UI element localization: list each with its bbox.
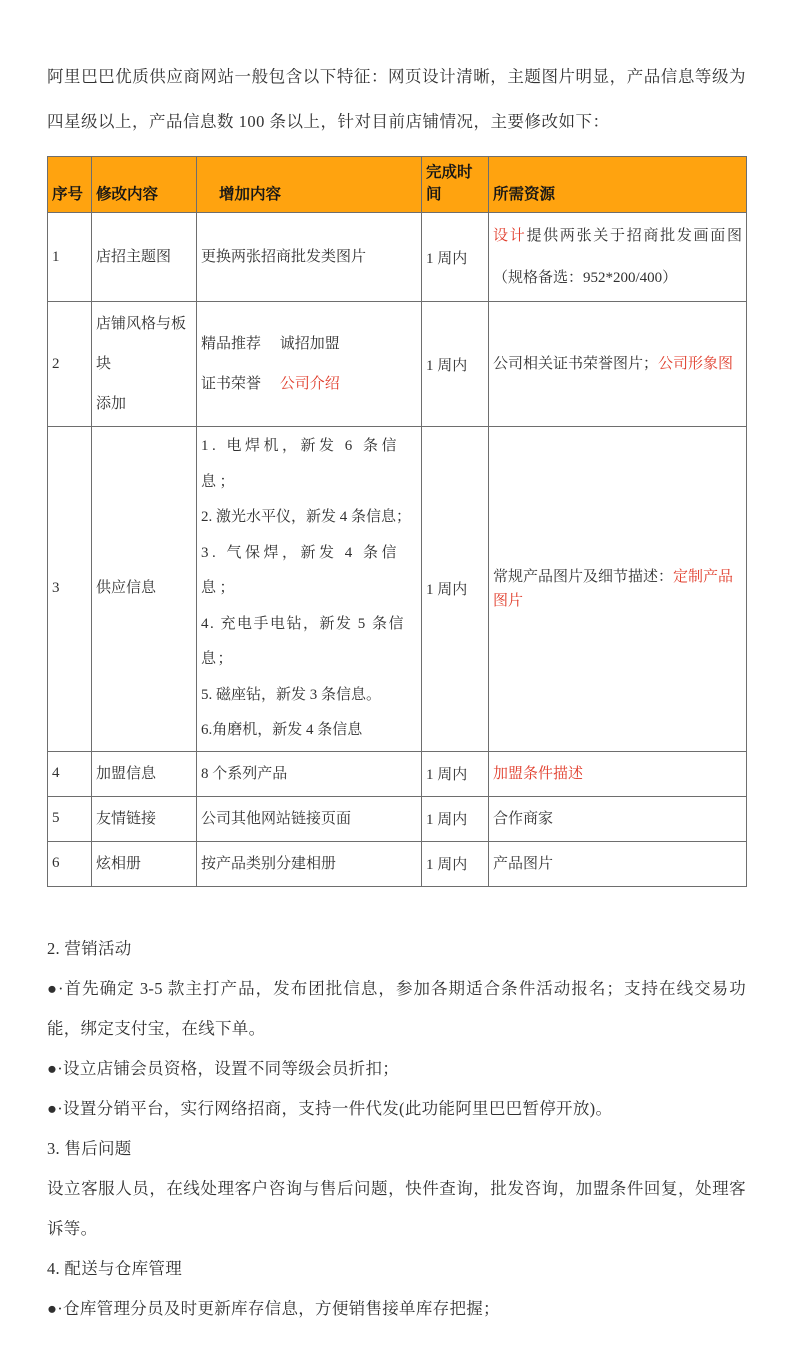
table-header-cell: 序号: [48, 157, 92, 213]
table-row: 2店铺风格与板块添加精品推荐 诚招加盟证书荣誉 公司介绍1 周内公司相关证书荣誉…: [48, 302, 747, 427]
notes-paragraph: ●·设立店铺会员资格，设置不同等级会员折扣；: [47, 1049, 746, 1089]
cell-completion-time: 1 周内: [422, 213, 489, 302]
added-content-line: 证书荣誉 公司介绍: [201, 364, 417, 404]
notes-paragraph: ●·仓库管理分员及时更新库存信息，方便销售接单库存把握；: [47, 1289, 746, 1329]
plain-text: 合作商家: [493, 811, 553, 827]
modify-line: 添加: [96, 384, 192, 424]
cell-serial-number: 3: [48, 427, 92, 752]
modify-line: 供应信息: [96, 571, 192, 607]
plain-text: 证书荣誉: [201, 376, 280, 392]
added-content-line: 8 个系列产品: [201, 754, 417, 794]
plain-text: 1. 电焊机，新发 6 条信息；: [201, 438, 400, 490]
cell-added-content: 1. 电焊机，新发 6 条信息；2. 激光水平仪，新发 4 条信息；3. 气保焊…: [197, 427, 422, 752]
cell-completion-time: 1 周内: [422, 841, 489, 886]
modify-line: 加盟信息: [96, 754, 192, 794]
highlighted-text: 设计: [493, 228, 526, 244]
cell-modify-content: 店招主题图: [92, 213, 197, 302]
cell-required-resources: 常规产品图片及细节描述：定制产品图片: [489, 427, 747, 752]
cell-modify-content: 加盟信息: [92, 751, 197, 796]
table-row: 3供应信息1. 电焊机，新发 6 条信息；2. 激光水平仪，新发 4 条信息；3…: [48, 427, 747, 752]
cell-added-content: 公司其他网站链接页面: [197, 796, 422, 841]
plain-text: 更换两张招商批发类图片: [201, 249, 366, 265]
modify-line: 店铺风格与板块: [96, 304, 192, 384]
cell-completion-time: 1 周内: [422, 302, 489, 427]
cell-serial-number: 6: [48, 841, 92, 886]
added-content-line: 公司其他网站链接页面: [201, 799, 417, 839]
plain-text: 精品推荐 诚招加盟: [201, 336, 340, 352]
notes-paragraph: ●·首先确定 3-5 款主打产品，发布团批信息，参加各期适合条件活动报名；支持在…: [47, 969, 746, 1049]
cell-added-content: 按产品类别分建相册: [197, 841, 422, 886]
plain-text: 提供两张关于招商批发画面图（规格备选：952*200/400）: [493, 228, 742, 286]
plain-text: 6.角磨机，新发 4 条信息: [201, 722, 362, 738]
table-row: 6炫相册按产品类别分建相册1 周内产品图片: [48, 841, 747, 886]
cell-added-content: 精品推荐 诚招加盟证书荣誉 公司介绍: [197, 302, 422, 427]
plain-text: 产品图片: [493, 856, 553, 872]
cell-modify-content: 炫相册: [92, 841, 197, 886]
plain-text: 2. 激光水平仪，新发 4 条信息；: [201, 509, 411, 525]
modification-table: 序号修改内容增加内容完成时间所需资源 1店招主题图更换两张招商批发类图片1 周内…: [47, 156, 747, 887]
cell-required-resources: 设计提供两张关于招商批发画面图（规格备选：952*200/400）: [489, 213, 747, 302]
plain-text: 5. 磁座钻，新发 3 条信息。: [201, 687, 381, 703]
plain-text: 公司其他网站链接页面: [201, 811, 351, 827]
table-row: 4加盟信息8 个系列产品1 周内加盟条件描述: [48, 751, 747, 796]
notes-paragraph: ●·设置分销平台，实行网络招商，支持一件代发(此功能阿里巴巴暂停开放)。: [47, 1089, 746, 1129]
added-content-line: 按产品类别分建相册: [201, 844, 417, 884]
cell-added-content: 更换两张招商批发类图片: [197, 213, 422, 302]
cell-required-resources: 合作商家: [489, 796, 747, 841]
plain-text: 3. 气保焊，新发 4 条信息；: [201, 545, 400, 597]
plain-text: 按产品类别分建相册: [201, 856, 336, 872]
cell-required-resources: 公司相关证书荣誉图片；公司形象图: [489, 302, 747, 427]
notes-paragraph: 设立客服人员，在线处理客户咨询与售后问题，快件查询，批发咨询，加盟条件回复，处理…: [47, 1169, 746, 1249]
table-header-cell: 增加内容: [197, 157, 422, 213]
notes-paragraph: 4. 配送与仓库管理: [47, 1249, 746, 1289]
table-row: 1店招主题图更换两张招商批发类图片1 周内设计提供两张关于招商批发画面图（规格备…: [48, 213, 747, 302]
cell-serial-number: 1: [48, 213, 92, 302]
plain-text: 常规产品图片及细节描述：: [493, 569, 673, 585]
intro-paragraph: 阿里巴巴优质供应商网站一般包含以下特征：网页设计清晰，主题图片明显，产品信息等级…: [47, 54, 746, 144]
cell-modify-content: 店铺风格与板块添加: [92, 302, 197, 427]
added-content-line: 6.角磨机，新发 4 条信息: [201, 713, 417, 749]
table-header-cell: 完成时间: [422, 157, 489, 213]
highlighted-text: 公司介绍: [280, 376, 340, 392]
added-content-line: 3. 气保焊，新发 4 条信息；: [201, 536, 417, 607]
notes-section: 2. 营销活动●·首先确定 3-5 款主打产品，发布团批信息，参加各期适合条件活…: [47, 929, 746, 1329]
plain-text: 8 个系列产品: [201, 766, 287, 782]
cell-completion-time: 1 周内: [422, 427, 489, 752]
cell-completion-time: 1 周内: [422, 751, 489, 796]
highlighted-text: 加盟条件描述: [493, 766, 583, 782]
cell-required-resources: 产品图片: [489, 841, 747, 886]
cell-modify-content: 供应信息: [92, 427, 197, 752]
notes-paragraph: 3. 售后问题: [47, 1129, 746, 1169]
added-content-line: 1. 电焊机，新发 6 条信息；: [201, 429, 417, 500]
cell-required-resources: 加盟条件描述: [489, 751, 747, 796]
plain-text: 4. 充电手电钻，新发 5 条信息；: [201, 616, 405, 668]
cell-serial-number: 4: [48, 751, 92, 796]
table-header: 序号修改内容增加内容完成时间所需资源: [48, 157, 747, 213]
cell-serial-number: 5: [48, 796, 92, 841]
notes-paragraph: 2. 营销活动: [47, 929, 746, 969]
table-header-cell: 所需资源: [489, 157, 747, 213]
modify-line: 炫相册: [96, 844, 192, 884]
table-body: 1店招主题图更换两张招商批发类图片1 周内设计提供两张关于招商批发画面图（规格备…: [48, 213, 747, 887]
document-page: 阿里巴巴优质供应商网站一般包含以下特征：网页设计清晰，主题图片明显，产品信息等级…: [0, 0, 800, 1369]
highlighted-text: 公司形象图: [658, 356, 733, 372]
table-header-cell: 修改内容: [92, 157, 197, 213]
cell-modify-content: 友情链接: [92, 796, 197, 841]
plain-text: 公司相关证书荣誉图片；: [493, 356, 658, 372]
table-header-row: 序号修改内容增加内容完成时间所需资源: [48, 157, 747, 213]
modify-line: 店招主题图: [96, 237, 192, 277]
added-content-line: 2. 激光水平仪，新发 4 条信息；: [201, 500, 417, 536]
cell-completion-time: 1 周内: [422, 796, 489, 841]
cell-serial-number: 2: [48, 302, 92, 427]
added-content-line: 5. 磁座钻，新发 3 条信息。: [201, 678, 417, 714]
added-content-line: 精品推荐 诚招加盟: [201, 324, 417, 364]
modify-line: 友情链接: [96, 799, 192, 839]
added-content-line: 更换两张招商批发类图片: [201, 237, 417, 277]
cell-added-content: 8 个系列产品: [197, 751, 422, 796]
table-row: 5友情链接公司其他网站链接页面1 周内合作商家: [48, 796, 747, 841]
added-content-line: 4. 充电手电钻，新发 5 条信息；: [201, 607, 417, 678]
